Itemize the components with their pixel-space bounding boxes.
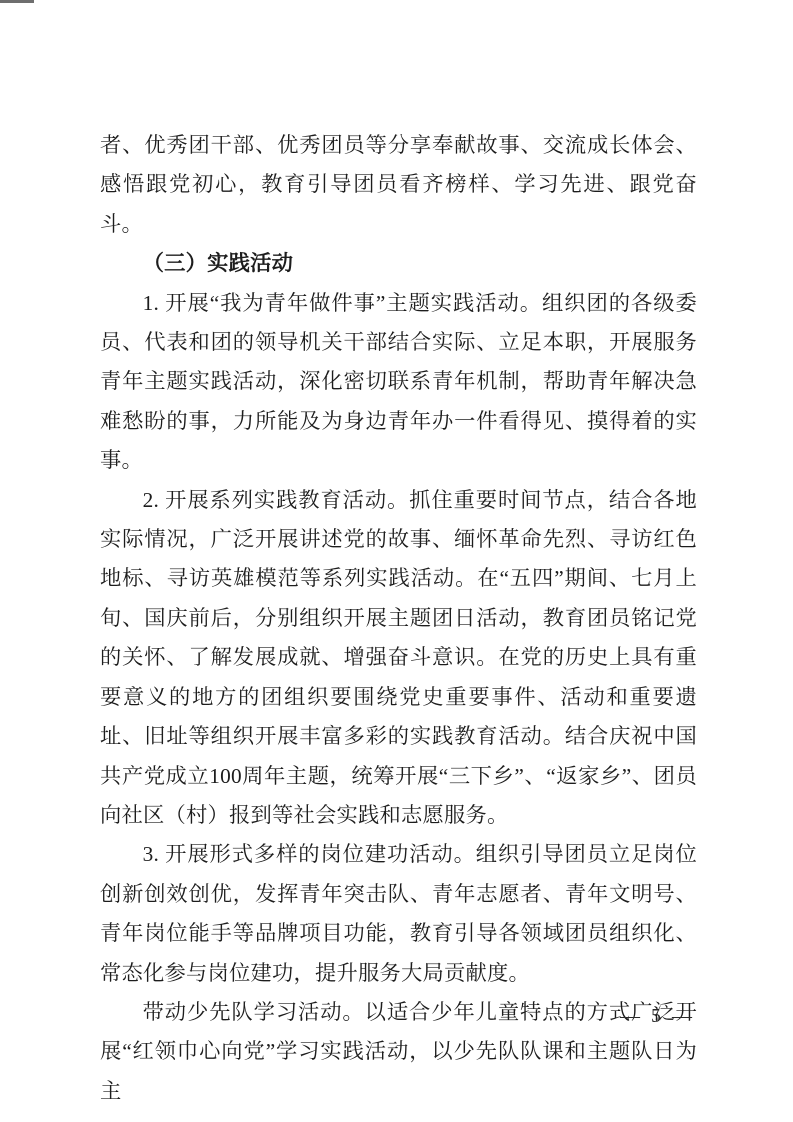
paragraph-continuation: 者、优秀团干部、优秀团员等分享奉献故事、交流成长体会、感悟跟党初心，教育引导团员… bbox=[100, 126, 697, 244]
page-number: — 5 — bbox=[620, 1001, 695, 1031]
section-heading: （三）实践活动 bbox=[100, 244, 697, 283]
numbered-paragraph-1: 1. 开展“我为青年做件事”主题实践活动。组织团的各级委员、代表和团的领导机关干… bbox=[100, 284, 697, 481]
numbered-paragraph-2: 2. 开展系列实践教育活动。抓住重要时间节点，结合各地实际情况，广泛开展讲述党的… bbox=[100, 481, 697, 836]
document-page: 者、优秀团干部、优秀团员等分享奉献故事、交流成长体会、感悟跟党初心，教育引导团员… bbox=[0, 0, 793, 1122]
numbered-paragraph-3: 3. 开展形式多样的岗位建功活动。组织引导团员立足岗位创新创效创优，发挥青年突击… bbox=[100, 835, 697, 993]
scan-artifact bbox=[0, 0, 34, 3]
paragraph-trailing: 带动少先队学习活动。以适合少年儿童特点的方式广泛开展“红领巾心向党”学习实践活动… bbox=[100, 993, 697, 1111]
document-body: 者、优秀团干部、优秀团员等分享奉献故事、交流成长体会、感悟跟党初心，教育引导团员… bbox=[100, 126, 697, 1111]
